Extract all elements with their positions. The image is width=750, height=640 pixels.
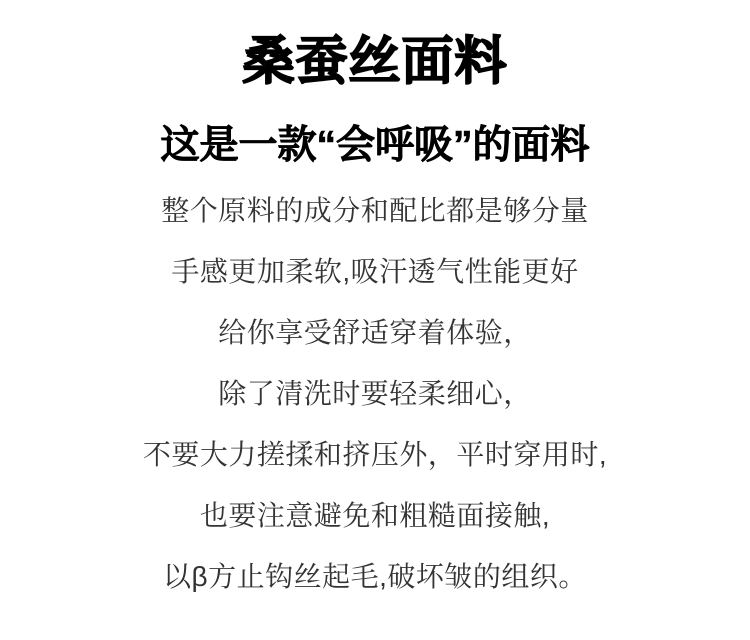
page-title: 桑蚕丝面料 (0, 34, 750, 90)
body-line: 也要注意避免和粗糙面接触, (0, 485, 750, 546)
body-line: 给你享受舒适穿着体验， (0, 302, 750, 363)
body-line: 不要大力搓揉和挤压外，平时穿用时, (0, 424, 750, 485)
body-line: 除了清洗时要轻柔细心， (0, 363, 750, 424)
body-line: 手感更加柔软,吸汗透气性能更好 (0, 241, 750, 302)
body-line: 以β方止钩丝起毛,破坏皱的组织。 (0, 546, 750, 607)
fabric-description-panel: 桑蚕丝面料 这是一款“会呼吸”的面料 整个原料的成分和配比都是够分量 手感更加柔… (0, 0, 750, 640)
body-text-block: 整个原料的成分和配比都是够分量 手感更加柔软,吸汗透气性能更好 给你享受舒适穿着… (0, 180, 750, 607)
body-line: 整个原料的成分和配比都是够分量 (0, 180, 750, 241)
page-subtitle: 这是一款“会呼吸”的面料 (0, 121, 750, 171)
